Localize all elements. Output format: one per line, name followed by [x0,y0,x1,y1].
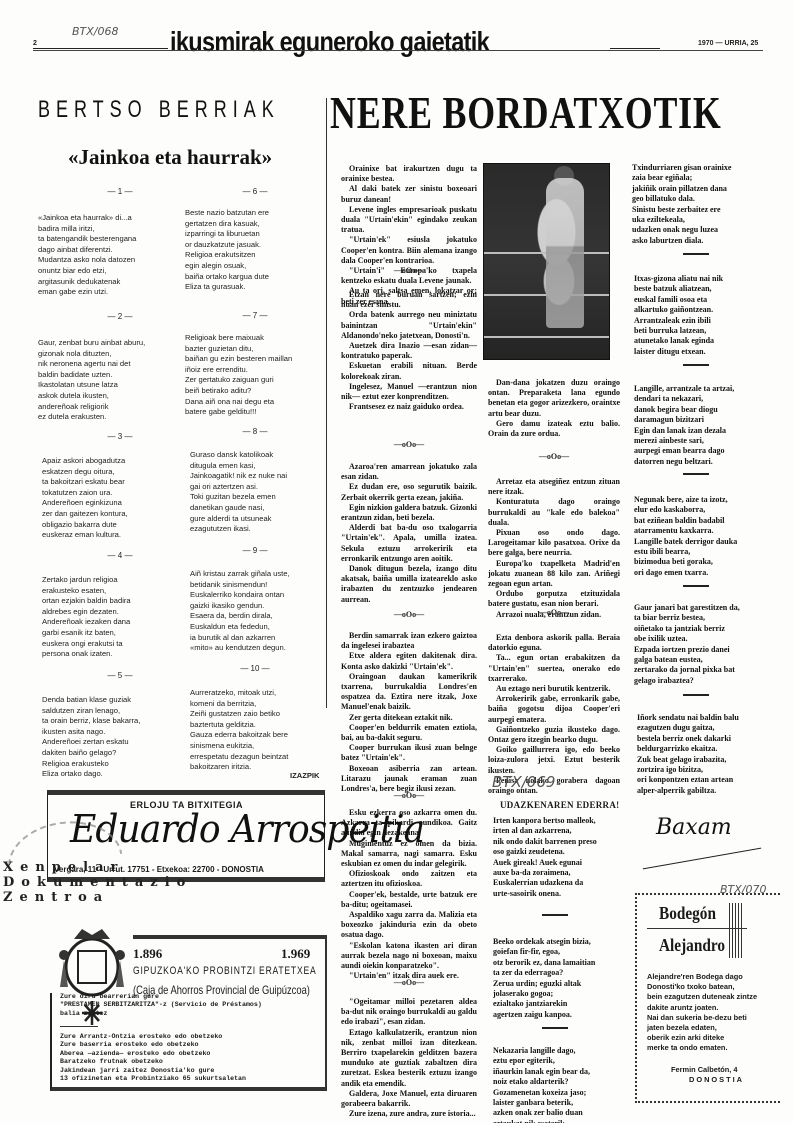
verse-line: alper-alperrik gabiltza. [637,786,739,796]
verse-line: bizimodua beti goraka, [634,557,737,567]
verse-line: Itxas-gizona aliatu nai nik [634,274,723,284]
paragraph: Boxeoan asiberria zan artean. Litarazu j… [341,764,477,795]
paragraph: Au eztago neri burutik kentzerik. [488,684,620,694]
verse-line: Gaur janari bat garestitzen da, [634,603,740,613]
verse-line: zortzira igo bizitza, [637,765,739,775]
bank-text-line: Aberea —azienda— erosteko edo obetzeko [60,1050,246,1058]
verse-2: Gaur, zenbat buru ainbat aburu, gizonak … [38,338,145,423]
verse-line: dago ainbat diferentzi. [38,245,136,256]
verse-line: «Jainkoa eta haurrak» di...a [38,213,136,224]
advertisement-bank-header: 1.896 1.969 GIPUZKOA'KO PROBINTZI ERATET… [133,935,327,997]
article-col2-block2: Arretaz eta atsegiñez entzun zituan nere… [488,477,620,620]
verse-line: ditugula emen kasi, [190,461,287,472]
verse-line: danok begira bear diogu [634,405,734,415]
bodegon-address: Fermin Calbetón, 4 DONOSTIA [671,1065,744,1085]
stanza-divider [683,694,709,696]
verse-number: — 8 — [235,427,275,436]
paragraph: Pixuan oso ondo dago. Larogeitamar kilo … [488,528,620,559]
paragraph: Galdera, Joxe Manuel, ezta diruaren gora… [341,1089,477,1109]
paragraph: Cooper burrukan ikusi zuan belnge batez … [341,743,477,763]
col3-stanza-2: Itxas-gizona aliatu nai nik beste batzuk… [634,274,723,357]
section-separator: —oOo— [341,440,477,449]
bank-text-line: Zure baserria erosteko edo obetzeko [60,1041,246,1049]
verse-line: ia burutik al dan azkarren [190,633,290,644]
verse-line: irten al dan azkarrena, [493,826,597,836]
verse-7: Religioak bere maixuak bazter guzietan d… [185,333,292,418]
article-col2-block1: Dan-dana jokatzen duzu oraingo ontan. Pr… [488,378,620,439]
paragraph: Oraingoan daukan kamerikrik txarrena, bu… [341,672,477,713]
verse-line: ikusten asita nago. [42,727,140,738]
verse-line: persona onak izaten. [42,649,131,660]
article-col1-block4: Berdin samarrak izan ezkero gaiztoa da i… [341,631,477,794]
verse-line: baztertuta gelditzia. [190,720,288,731]
verse-line: obe ixilik uztea. [634,634,740,644]
verse-line: euskera ongi erakutsi ta [42,639,131,650]
verse-line: Denda batian klase guziak [42,695,140,706]
paragraph: Ez dudan ere, oso segurutik baizik. Zerb… [341,482,477,502]
verse-line: Gauza ederra bakoitzak bere [190,730,288,741]
verse-line: Gaur, zenbat buru ainbat aburu, [38,338,145,349]
bank-text-line: Jakindean jarri zaitez Donostia'ko gure [60,1067,246,1075]
verse-line: Nekazaria langille dago, [493,1046,590,1056]
section-separator: —oOo— [488,608,620,617]
verse-line: Toki guzitan bezela emen [190,492,287,503]
col3-stanza-6: Iñork sendatu nai baldin balu ezagutzen … [637,713,739,796]
stamp-line: Xenpelar [3,860,192,875]
verse-line: agertzen zaigu kanpoa. [493,1010,595,1020]
verse-line: danetikan gaude nasi, [190,503,287,514]
verse-line: ta zer da ederragoa? [493,968,595,978]
verse-line: Zeiñi gustatzen zaio betiko [190,709,288,720]
verse-line: Dana aiñ ona nai degu eta [185,397,292,408]
paragraph: Cooper'en beldurrik ematen eztiola, bai,… [341,723,477,743]
paragraph: Cooper'ek, bestalde, urte batzuk ere ba-… [341,890,477,910]
advertisement-bank-body: Zure diru bearrerian gure "PRESTAMEN SER… [50,993,327,1091]
verse-line: goiefan fir-fir, egoa, [493,947,595,957]
paragraph: Arrokeririk gabe, erronkarik gabe, baiña… [488,694,620,725]
archive-stamp: Xenpelar Dokumentazio Zentroa [3,860,192,905]
masthead-rule-left [33,48,168,49]
verse-line: Arrantzaleak ezin ibili [634,316,723,326]
verse-number: — 3 — [100,432,140,441]
paragraph: Etzan nere buruan sartzen; ezin nuan eze… [341,290,477,310]
paragraph: Ordubo gorputza etzituzidala batere gust… [488,589,620,609]
verse-line: Andereñoei zertan eskatu [42,737,140,748]
verse-line: estu ibili bearra, [634,547,737,557]
bank-text-line: Zure diru bearrerian gure [60,993,262,1001]
verse-line: ta batengandik besterengana [38,234,136,245]
verse-line: euskal famili osoa eta [634,295,723,305]
paragraph: Aspaldiko xagu zarra da. Malizia eta box… [341,910,477,941]
verse-line: Auek gireak! Auek egunai [493,858,597,868]
verse-line: Negunak bere, aize ta izotz, [634,495,737,505]
paragraph: Ezta denbora askorik palla. Beraia dator… [488,633,620,653]
paragraph: Egin nizkion galdera batzuk. Gizonki era… [341,503,477,523]
ad-watch-name: Eduardo Arrospeitia [70,807,424,851]
section-separator: —oOo— [488,452,620,461]
verse-number: — 5 — [100,671,140,680]
boxer-photo [483,163,610,360]
verse-line: laister ditugu etxean. [634,347,723,357]
verse-line: dakiten baiño gelago? [42,748,140,759]
verse-line: eztu epor egiterik, [493,1056,590,1066]
verse-line: Apaiz askori abogadutza [42,456,128,467]
paragraph: Berdin samarrak izan ezkero gaiztoa da i… [341,631,477,651]
article-col1-block6: "Ogeitamar milloi pezetaren aldea ba-dut… [341,997,477,1119]
article-col1-block2: Etzan nere buruan sartzen; ezin nuan eze… [341,290,477,412]
paragraph: Eztago kalkulatzerik, erantzun nion nik,… [341,1028,477,1089]
paragraph: Azaroa'ren amarrean jokatuko zala esan z… [341,462,477,482]
section-separator: —oOo— [341,978,477,987]
verse-line: Txindurriaren gisan orainixe [632,163,731,173]
verse-line: Beeko ordekak atsegin bizia, [493,937,595,947]
stanza-divider [683,364,709,366]
col3-stanza-3: Langille, arrantzale ta artzai, dendari … [634,384,734,467]
verse-line: bestela berriz onek dakarki [637,734,739,744]
paragraph: Konturatuta dago oraingo burrukaldi au "… [488,497,620,528]
col3-stanza-1: Txindurriaren gisan orainixe zaia bear e… [632,163,731,246]
paragraph: Arretaz eta atsegiñez entzun zituan nere… [488,477,620,497]
verse-line: beldurgarrizko ekaitza. [637,744,739,754]
paragraph: Zure izena, zure andra, zure istoria... [341,1109,477,1119]
verse-line: jolaserako gogoa; [493,989,595,999]
bank-text-line: balia zaitez [60,1010,262,1018]
bank-loans-text: Zure diru bearrerian gure "PRESTAMEN SER… [60,993,262,1018]
udazken-stanza-1: Irten kanpora bertso malleok, irten al d… [493,816,597,899]
verse-line: otz berorik ez, dana lamaitian [493,958,595,968]
article-col2-block3: Ezta denbora askorik palla. Beraia dator… [488,633,620,796]
verse-line: Andereñoak iezaken dana [42,617,131,628]
verse-line: gai ori aztertzen asi. [190,482,287,493]
paragraph: Europa'ko txapelketa Madrid'en jokatu zu… [488,559,620,590]
verse-line: Eliza ortako dago. [42,769,140,780]
verse-line: or dauzkatzute jasuak. [185,240,269,251]
verse-8: Guraso dansk katolikoak ditugula emen ka… [190,450,287,535]
verse-3: Apaiz askori abogadutza eskatzen degu oi… [42,456,128,541]
verse-line: Irten kanpora bertso malleok, [493,816,597,826]
paragraph: "Urtain'ek" esiusla jokatuko Cooper'en k… [341,235,477,266]
verse-line: komeni da berritzia, [190,699,288,710]
verse-1: «Jainkoa eta haurrak» di...a badira mill… [38,213,136,298]
verse-line: gizonak nola dituzten, [38,349,145,360]
verse-line: beste batzuk aliatzean, [634,284,723,294]
verse-line: sinismena eukitzia, [190,741,288,752]
verse-line: eskatzen degu oitura, [42,467,128,478]
paragraph: "Ogeitamar milloi pezetaren aldea ba-dut… [341,997,477,1028]
verse-line: tokatutzen zaion ura. [42,488,128,499]
udazken-stanza-3: Nekazaria langille dago, eztu epor egite… [493,1046,590,1123]
bodegon-line: Alejandre'ren Bodega dago [647,972,757,982]
verse-line: urte-sasoirik onena. [493,889,597,899]
stanza-divider [683,473,709,475]
verse-line: galga batean eustea, [634,655,740,665]
verse-number: — 2 — [100,312,140,321]
stamp-line: Zentroa [3,890,192,905]
paragraph: Ta... egun ortan erabakitzen da "Urtain'… [488,653,620,684]
paragraph: Dan-dana jokatzen duzu oraingo ontan. Pr… [488,378,620,419]
section-separator: —oOo— [341,266,477,275]
bodegon-line: merke ta ondo ematen. [647,1043,757,1053]
verse-line: Zerua urdin; eguzki altak [493,979,595,989]
verse-line: nik ondo dakit barrenen preso [493,837,597,847]
paragraph: "Eskolan katona ikasten ari diran aurrak… [341,941,477,972]
paragraph: Gero damu izateak eztu balio. Orain da z… [488,419,620,439]
verse-number: — 9 — [235,546,275,555]
verse-line: Zer gertatuko zaiguan guri [185,375,292,386]
author-signature: Baxam [656,815,732,840]
verse-line: daramagun bizitzari [634,415,734,425]
verse-line: Sinistu beste zerbaitez ere [632,205,731,215]
verse-line: onuntz biar edo etzi, [38,266,136,277]
verse-line: bat eziñean baldin badabil [634,516,737,526]
verse-line: bakoitzaren iritzia. [190,762,288,773]
verse-line: argitasunik dedukatenak [38,277,136,288]
verse-line: ta orain berriz, klase bakarra, [42,716,140,727]
verse-line: Langille batek derrigor dauka [634,537,737,547]
verse-line: Beste nazio batzutan ere [185,208,269,219]
paragraph: Danok ditugun bezela, izango ditu akatsa… [341,564,477,605]
bodegon-title: Bodegón [659,903,716,924]
boxer-figure [546,178,584,328]
verse-number: — 1 — [100,187,140,196]
verse-line: merezi ainbeste sari, [634,436,734,446]
verse-line: obligazio bakarra dute [42,520,128,531]
bank-services-text: Zure Arrantz-Ontzia erosteko edo obetzek… [60,1033,246,1083]
verse-line: beti burruka latzean, [634,326,723,336]
masthead-rule-right [610,48,660,49]
verse-line: aurpegi eman bearra dago [634,446,734,456]
bank-name: GIPUZKOA'KO PROBINTZI ERATETXEA [133,965,316,977]
article-col1-block3: Azaroa'ren amarrean jokatuko zala esan z… [341,462,477,605]
paragraph: Al daki batek zer sinistu boxeoari buruz… [341,184,477,204]
verse-number: — 10 — [235,664,275,673]
verse-line: ezialtako jantziarekin [493,999,595,1009]
verse-line: beiñ betirako aditu? [185,386,292,397]
verse-line: atarramentu kaxkarra. [634,526,737,536]
archive-reference-top: BTX/068 [72,25,119,38]
paragraph: Orainixe bat irakurtzen dugu ta orainixe… [341,164,477,184]
bodegon-line: jaten bezela edaten, [647,1023,757,1033]
verse-line: eztaukat nik esaterik. [493,1119,590,1123]
paragraph: Orda batenk aurrego neu miniztatu bainin… [341,310,477,341]
bank-year-from: 1.896 [133,946,162,962]
verse-line: Egin dan lanak izan dezala [634,426,734,436]
verse-number: — 7 — [235,311,275,320]
section-heading-bertso-berriak: BERTSO BERRIAK [38,96,280,124]
verse-line: gelago irabaztea? [634,676,740,686]
verse-line: Religioa erakutsitzen [185,250,269,261]
paragraph: Auetzek dira Inazio —esan zidan— kontrat… [341,341,477,361]
bodegon-stripes-icon [729,903,743,958]
section-separator: —oOo— [341,791,477,800]
verse-line: udazken onak negu luzea [632,225,731,235]
bodegon-line: Donosti'ko txoko batean, [647,982,757,992]
verse-line: Zertako jardun religioa [42,575,131,586]
poem-title-udazkena: UDAZKENAREN EDERRA! [500,800,619,810]
verse-line: Gozamenetan koxeiza jaso; [493,1088,590,1098]
verse-line: aldrebes egin dezaten. [42,607,131,618]
verse-line: zertarako da jornal pixka bat [634,665,740,675]
verse-line: Mudantza asko nola datozen [38,255,136,266]
verse-4: Zertako jardun religioa erakusteko esate… [42,575,131,660]
verse-line: baiña ortako kargua dute [185,272,269,283]
bank-divider [60,1026,98,1027]
bank-text-line: 13 ofizinetan eta Probintziako 65 sukurt… [60,1075,246,1083]
bodegon-line: oberik ezin arki diteke [647,1033,757,1043]
verse-line: errespetatu dezagun beintzat [190,752,288,763]
verse-line: elur edo kaskaborra, [634,505,737,515]
paragraph: Goiko gaillurrera igo, edo beeko loiza-z… [488,745,620,776]
verse-line: Aurreratzeko, mitoak utzi, [190,688,288,699]
paragraph: Ofizioskoak ondo zaitzen eta aztertzen i… [341,869,477,889]
verse-line: zer dan gaitezen kontura, [42,509,128,520]
verse-line: izparringi ta liburuetan [185,229,269,240]
verse-line: baiñan gu ezin besteren maillan [185,354,292,365]
stanza-divider [542,914,568,916]
verse-line: ta bakoitzari eskatu bear [42,477,128,488]
verse-line: ori dago emen txarra. [634,568,737,578]
poem-title: «Jainkoa eta haurrak» [68,145,272,170]
verse-line: Aiñ kristau zarrak giñala uste, [190,569,290,580]
verse-10: Aurreratzeko, mitoak utzi, komeni da ber… [190,688,288,773]
signature-flourish [643,848,761,870]
verse-line: Zuk beat gelago irabazita, [637,755,739,765]
verse-line: Religioa erakusteko [42,759,140,770]
paragraph: Alderdi bat ba-du oso txalogarria "Urtai… [341,523,477,564]
verse-line: gertatzen dira kasuak, [185,219,269,230]
verse-line: askok dutela ikusten, [38,391,145,402]
verse-line: gure alderdi ta utsuneak [190,514,287,525]
verse-line: baldin badidate uzten. [38,370,145,381]
verse-line: iñoiz ere errenditu. [185,365,292,376]
verse-line: Esaera da, berdin dirala, [190,611,290,622]
verse-line: batere gabe gelditu!!! [185,407,292,418]
bodegon-line: dakite aruntz joaten. [647,1003,757,1013]
verse-line: ez dutela erakusten. [38,412,145,423]
paragraph: Zer gerta ditekean eztakit nik. [341,713,477,723]
verse-line: Guraso dansk katolikoak [190,450,287,461]
verse-line: ori konpontzen eztan artean [637,775,739,785]
verse-line: andereñoak religiorik [38,402,145,413]
col3-stanza-5: Gaur janari bat garestitzen da, ta biar … [634,603,740,686]
verse-line: noiz etako aldarterik? [493,1077,590,1087]
section-heading-nere-bordatxotik: NERE BORDATXOTIK [330,86,722,139]
verse-line: atunetako lanak eginda [634,336,723,346]
verse-line: laister ganbara beterik, [493,1098,590,1108]
verse-line: ezagutzen dugu gaitza, [637,723,739,733]
verse-9: Aiñ kristau zarrak giñala uste, betidani… [190,569,290,654]
verse-line: Andereñoen eginkizuna [42,498,128,509]
issue-date: 1970 — URRIA, 25 [698,40,758,47]
stanza-divider [683,253,709,255]
verse-number: — 6 — [235,187,275,196]
verse-line: gaizki ikasiko gendun. [190,601,290,612]
verse-line: ta biar berriz bestea, [634,613,740,623]
verse-line: azken onak zer balio duan [493,1108,590,1118]
verse-line: saldutzen ziran lenago, [42,706,140,717]
verse-line: iñaurkin lanak egin bear da, [493,1067,590,1077]
verse-line: bazter guzietan ditu, [185,344,292,355]
stanza-divider [683,585,709,587]
verse-line: «mito» au kendutzen degun. [190,643,290,654]
verse-line: Euskaldun eta fededun, [190,622,290,633]
verse-line: betidanik sinismendun! [190,580,290,591]
ring-rope [484,336,609,338]
verse-line: ortan ezjakin baldin badira [42,596,131,607]
bodegon-name: Alejandro [659,935,725,956]
verse-line: garbi esanik itz baten, [42,628,131,639]
verse-line: auxe ba-da zoraimena, [493,868,597,878]
verse-line: eman gabe ezin utzi. [38,287,136,298]
paragraph: Etxe aldera egiten dakitenak dira. Konta… [341,651,477,671]
article-col1-block1: Orainixe bat irakurtzen dugu ta orainixe… [341,164,477,307]
verse-line: alkartuko gaiñontzean. [634,305,723,315]
verse-line: Jainkoagatik! nik ez nuke nai [190,471,287,482]
stanza-divider [542,1027,568,1029]
verse-line: erakusteko esaten, [42,586,131,597]
verse-line: Iñork sendatu nai baldin balu [637,713,739,723]
paragraph: Frantsesez ez naiz gaiduko ordea. [341,402,477,412]
archive-reference-middle: BTX/069 [492,773,555,791]
verse-line: Euskalerrian udazkena da [493,878,597,888]
verse-line: Ikastolatan utsune latza [38,380,145,391]
paragraph: Levene ingles empresarioak puskatu duala… [341,205,477,236]
page-number: 2 [33,40,37,47]
verse-line: zaia bear egiñala; [632,173,731,183]
bank-text-line: Zure Arrantz-Ontzia erosteko edo obetzek… [60,1033,246,1041]
verse-line: Euskalerriko kondaira ontan [190,590,290,601]
verse-line: geo billatuko dala. [632,194,731,204]
masthead-title: ikusmirak eguneroko gaietatik [170,26,489,58]
verse-line: euskeraz eman kultura. [42,530,128,541]
bodegon-street: Fermin Calbetón, 4 [671,1065,744,1075]
col3-stanza-4: Negunak bere, aize ta izotz, elur edo ka… [634,495,737,578]
paragraph: Ingelesez, Manuel —erantzun nion nik— ez… [341,382,477,402]
verse-line: dendari ta nekazari, [634,394,734,404]
bodegon-line: bein ezagutzen duteneak zintze [647,992,757,1002]
verse-line: oso gaizki zeudetena. [493,847,597,857]
bank-text-line: "PRESTAMEN SERBITZARITZA"-z (Servicio de… [60,1001,262,1009]
stamp-line: Dokumentazio [3,875,192,890]
verse-6: Beste nazio batzutan ere gertatzen dira … [185,208,269,293]
column-divider [326,98,327,708]
section-separator: —oOo— [341,610,477,619]
verse-line: nik neronena agertu nai det [38,359,145,370]
verse-line: Religioak bere maixuak [185,333,292,344]
advertisement-bodegon: Bodegón Alejandro Alejandre'ren Bodega d… [635,893,780,1103]
verse-line: jakiñik orain pillatzen dana [632,184,731,194]
verse-5: Denda batian klase guziak saldutzen zira… [42,695,140,780]
verse-line: uka eziltekeala, [632,215,731,225]
verse-line: datorren negu beltzari. [634,457,734,467]
verse-line: Langille, arrantzale ta artzai, [634,384,734,394]
bank-text-line: Baratzeko frutnak obetzeko [60,1058,246,1066]
verse-line: oiñetako ta jantziak berriz [634,624,740,634]
verse-line: ezagututzen ikasi. [190,524,287,535]
bodegon-city: DONOSTIA [671,1075,744,1085]
bodegon-verse: Alejandre'ren Bodega dago Donosti'ko txo… [647,972,757,1054]
bodegon-line: Nai dan sukeria be-dezu beti [647,1013,757,1023]
verse-line: asko laburtzen diala. [632,236,731,246]
masthead-underline [33,50,763,51]
bank-year-to: 1.969 [281,946,310,962]
verse-line: badira milla iritzi, [38,224,136,235]
verse-line: egin alegin osuak, [185,261,269,272]
poem-author: IZAZPIK [290,771,320,782]
udazken-stanza-2: Beeko ordekak atsegin bizia, goiefan fir… [493,937,595,1020]
verse-line: Eliza ta gurasuak. [185,282,269,293]
verse-number: — 4 — [100,551,140,560]
